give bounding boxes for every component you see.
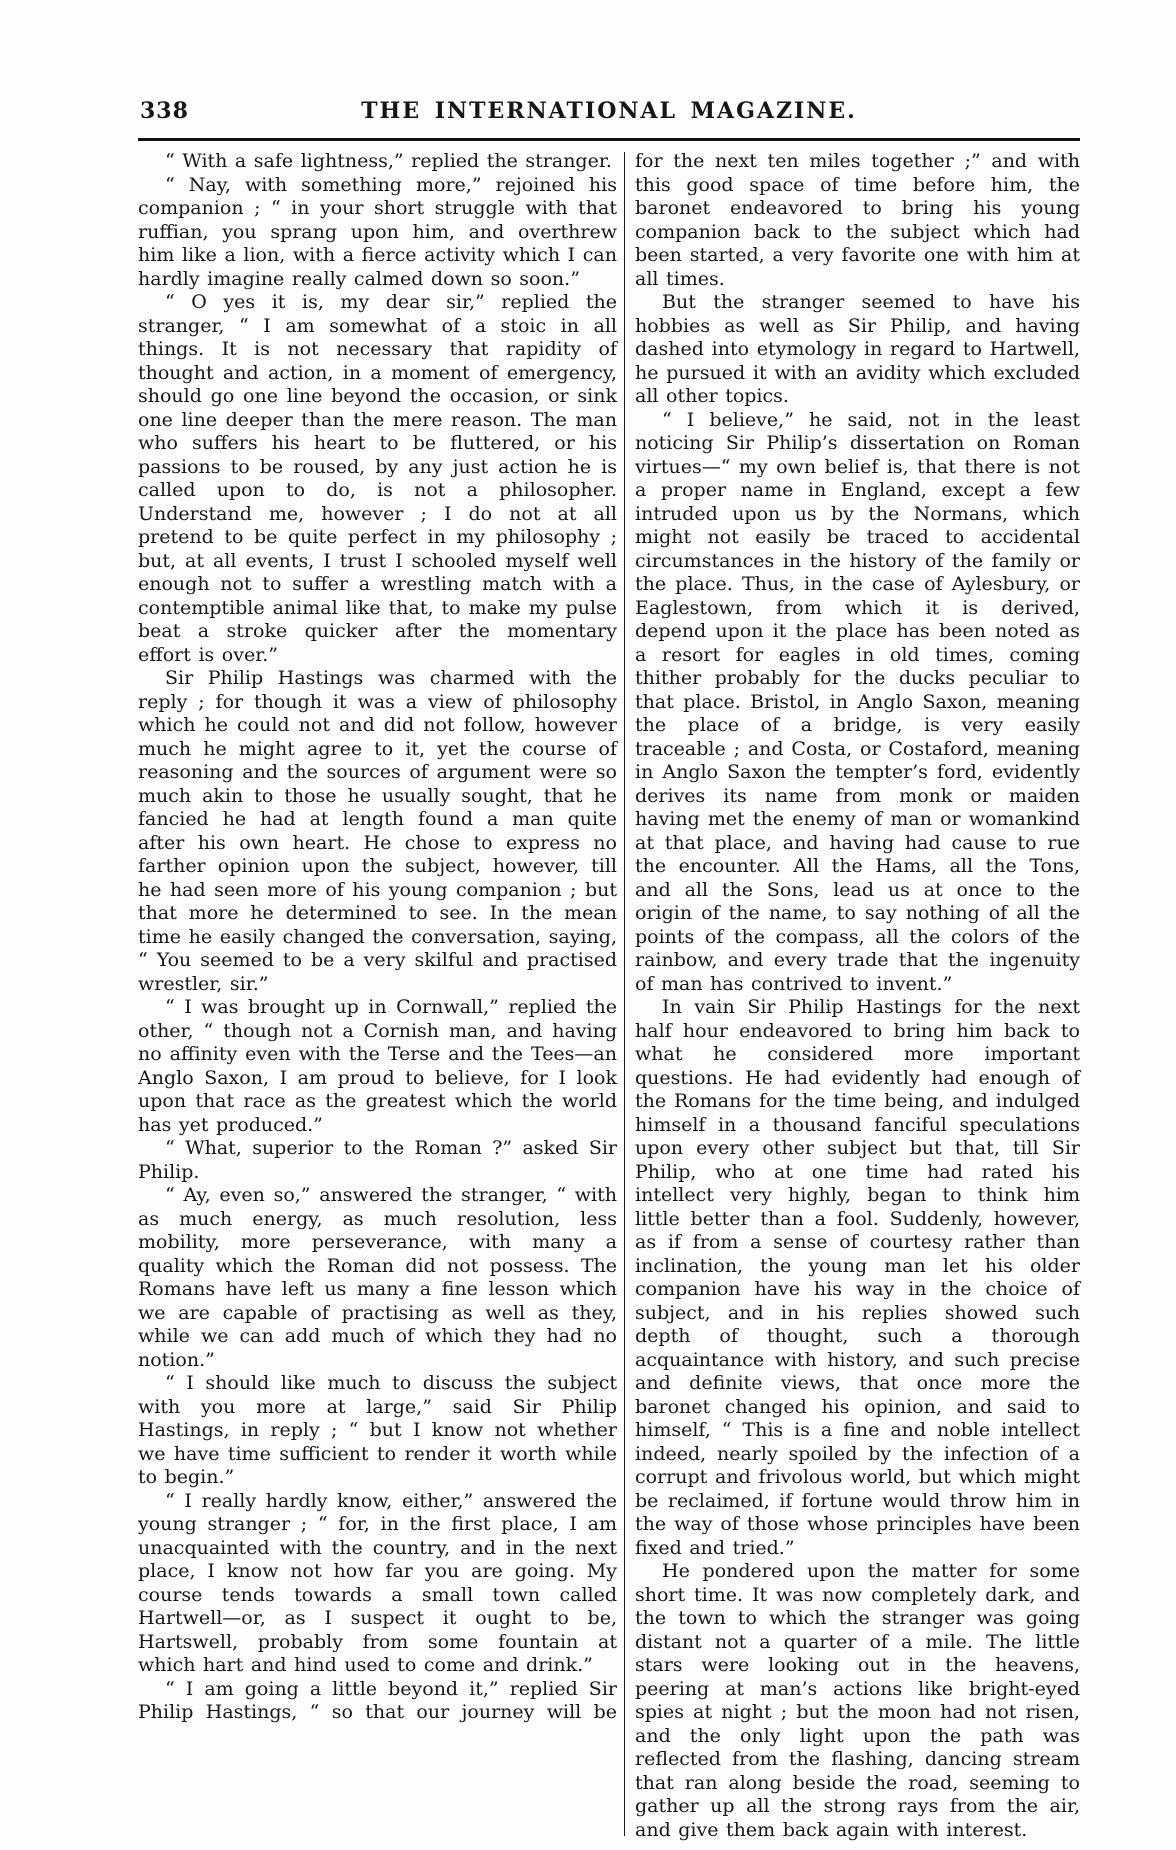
paragraph: “ I was brought up in Cornwall,” replied… [138, 996, 617, 1137]
paragraph: Sir Philip Hastings was charmed with the… [138, 667, 617, 996]
masthead-title: THE INTERNATIONAL MAGAZINE. [138, 98, 1080, 124]
paragraph: “ Ay, even so,” answered the stranger, “… [138, 1184, 617, 1372]
page-header: 338 THE INTERNATIONAL MAGAZINE. [138, 90, 1080, 138]
magazine-page: 338 THE INTERNATIONAL MAGAZINE. “ With a… [138, 90, 1080, 1842]
text-columns: “ With a safe lightness,” replied the st… [138, 150, 1080, 1842]
paragraph: “ What, superior to the Roman ?” asked S… [138, 1137, 617, 1184]
column-divider-rule [624, 152, 625, 1836]
paragraph: “ I am going a little beyond it,” replie… [138, 1678, 617, 1725]
column-right: for the next ten miles together ;” and w… [635, 150, 1080, 1842]
paragraph: for the next ten miles together ;” and w… [635, 150, 1080, 291]
paragraph: He pondered upon the matter for some sho… [635, 1560, 1080, 1842]
header-rule [138, 138, 1080, 141]
paragraph: “ Nay, with something more,” rejoined hi… [138, 174, 617, 292]
paragraph: “ I believe,” he said, not in the least … [635, 409, 1080, 997]
paragraph: “ O yes it is, my dear sir,” replied the… [138, 291, 617, 667]
column-left: “ With a safe lightness,” replied the st… [138, 150, 617, 1842]
paragraph: “ I should like much to discuss the subj… [138, 1372, 617, 1490]
paragraph: “ With a safe lightness,” replied the st… [138, 150, 617, 174]
paragraph: In vain Sir Philip Hastings for the next… [635, 996, 1080, 1560]
paragraph: “ I really hardly know, either,” answere… [138, 1490, 617, 1678]
paragraph: But the stranger seemed to have his hobb… [635, 291, 1080, 409]
